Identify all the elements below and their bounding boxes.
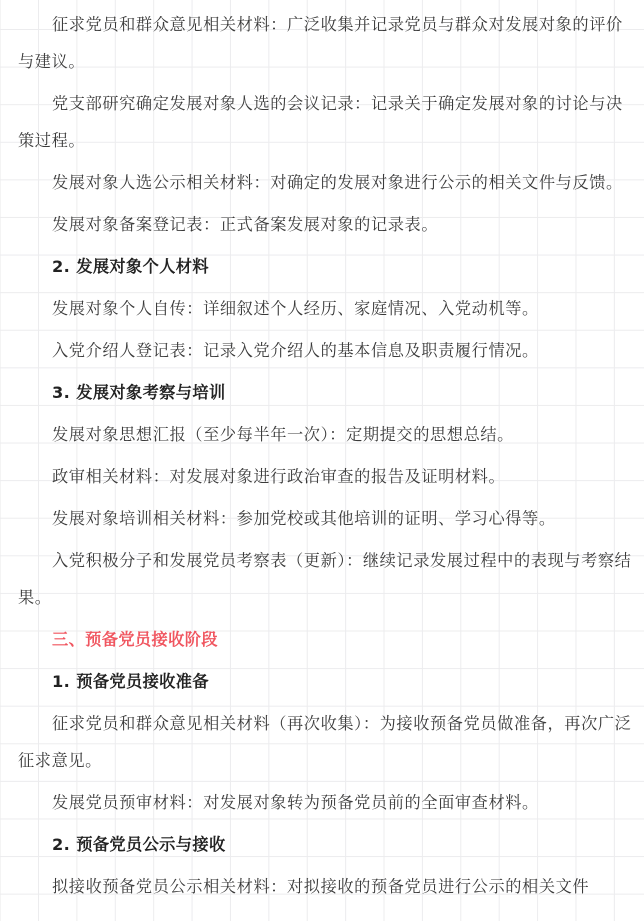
paragraph-thought-report: 发展对象思想汇报（至少每半年一次）：定期提交的思想总结。 — [18, 416, 632, 453]
paragraph-political-review: 政审相关材料：对发展对象进行政治审查的报告及证明材料。 — [18, 458, 632, 495]
document-body: 征求党员和群众意见相关材料：广泛收集并记录党员与群众对发展对象的评价与建议。 党… — [18, 6, 632, 910]
paragraph-opinion-materials: 征求党员和群众意见相关材料：广泛收集并记录党员与群众对发展对象的评价与建议。 — [18, 6, 632, 80]
subheading-inspection-training: 3. 发展对象考察与培训 — [18, 374, 632, 411]
paragraph-probationary-publicity: 拟接收预备党员公示相关材料：对拟接收的预备党员进行公示的相关文件 — [18, 868, 632, 905]
subheading-acceptance-preparation: 1. 预备党员接收准备 — [18, 663, 632, 700]
paragraph-opinion-materials-again: 征求党员和群众意见相关材料（再次收集）：为接收预备党员做准备，再次广泛征求意见。 — [18, 705, 632, 779]
paragraph-training-materials: 发展对象培训相关材料：参加党校或其他培训的证明、学习心得等。 — [18, 500, 632, 537]
section-heading-probationary-stage: 三、预备党员接收阶段 — [18, 621, 632, 658]
paragraph-inspection-form: 入党积极分子和发展党员考察表（更新）：继续记录发展过程中的表现与考察结果。 — [18, 542, 632, 616]
paragraph-introducer-form: 入党介绍人登记表：记录入党介绍人的基本信息及职责履行情况。 — [18, 332, 632, 369]
subheading-personal-materials: 2. 发展对象个人材料 — [18, 248, 632, 285]
paragraph-branch-meeting-record: 党支部研究确定发展对象人选的会议记录：记录关于确定发展对象的讨论与决策过程。 — [18, 85, 632, 159]
paragraph-candidate-publicity: 发展对象人选公示相关材料：对确定的发展对象进行公示的相关文件与反馈。 — [18, 164, 632, 201]
paragraph-filing-form: 发展对象备案登记表：正式备案发展对象的记录表。 — [18, 206, 632, 243]
subheading-publicity-acceptance: 2. 预备党员公示与接收 — [18, 826, 632, 863]
paragraph-pre-review: 发展党员预审材料：对发展对象转为预备党员前的全面审查材料。 — [18, 784, 632, 821]
paragraph-autobiography: 发展对象个人自传：详细叙述个人经历、家庭情况、入党动机等。 — [18, 290, 632, 327]
